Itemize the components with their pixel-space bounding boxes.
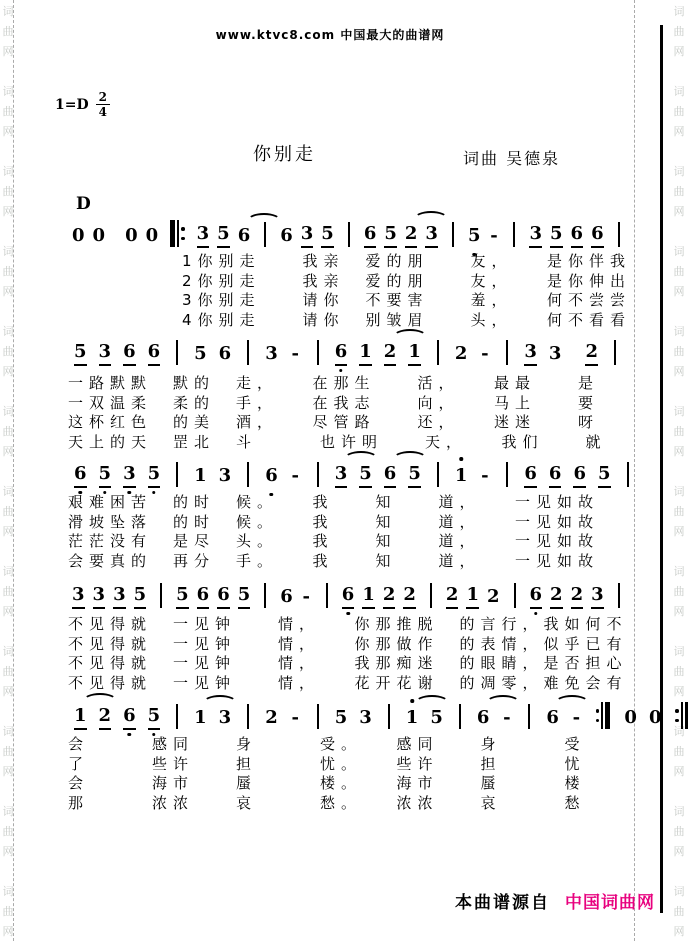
lyric-line: 4你别走 请你 别皱眉 头， 何不看看 bbox=[182, 311, 631, 331]
key-label: 1=D bbox=[55, 97, 89, 113]
lyric-line: 不见得就 一见钟 情， 花开花谢 的凋零，难免会有 bbox=[68, 674, 628, 694]
barline bbox=[514, 583, 516, 608]
lyrics-block-3: 艰难困苦 的时 候。 我 知 道， 一见如故滑坡坠落 的时 候。 我 知 道， … bbox=[68, 493, 599, 571]
note: 5 bbox=[359, 462, 372, 488]
note: 5 bbox=[430, 706, 443, 730]
barline bbox=[506, 462, 508, 487]
note: 2 bbox=[405, 222, 418, 248]
dashed-divider-left bbox=[13, 0, 14, 941]
duration-dash: - bbox=[290, 464, 301, 488]
note: 3 bbox=[123, 462, 136, 488]
barline bbox=[264, 583, 266, 608]
key-signature: 1=D 2 4 bbox=[55, 90, 110, 119]
lyric-line: 滑坡坠落 的时 候。 我 知 道， 一见如故 bbox=[68, 513, 599, 533]
note: 3 bbox=[265, 342, 278, 366]
note: 6 bbox=[571, 222, 584, 248]
barline bbox=[437, 340, 439, 365]
repeat-end-sign bbox=[596, 702, 611, 729]
barline bbox=[317, 340, 319, 365]
duration-dash: - bbox=[571, 706, 582, 730]
barline bbox=[452, 222, 454, 247]
barline bbox=[618, 222, 620, 247]
note: 1 bbox=[408, 340, 421, 366]
barline bbox=[247, 462, 249, 487]
note: 1 bbox=[406, 706, 419, 730]
note: 5 bbox=[468, 224, 481, 248]
barline bbox=[388, 704, 390, 729]
note: 6 bbox=[335, 340, 348, 366]
page-edge-line bbox=[660, 25, 663, 913]
barline bbox=[506, 340, 508, 365]
rest-note: 0 bbox=[649, 706, 662, 730]
barline bbox=[160, 583, 162, 608]
note: 6 bbox=[591, 222, 604, 248]
note: 6 bbox=[573, 462, 586, 488]
time-denominator: 4 bbox=[96, 105, 110, 119]
note: 6 bbox=[477, 706, 490, 730]
lyric-line: 不见得就 一见钟 情， 你那做作 的表情，似乎已有 bbox=[68, 635, 628, 655]
song-title: 你别走 bbox=[253, 140, 316, 166]
note: 2 bbox=[571, 583, 584, 609]
site-header-link[interactable]: www.ktvc8.com 中国最大的曲谱网 bbox=[0, 26, 660, 43]
note: 3 bbox=[549, 342, 562, 366]
time-numerator: 2 bbox=[96, 90, 110, 105]
note: 6 bbox=[549, 462, 562, 488]
note: 5 bbox=[238, 583, 251, 609]
barline bbox=[348, 222, 350, 247]
note: 6 bbox=[280, 585, 293, 609]
lyric-line: 2你别走 我亲 爱的朋 友， 是你伸出 bbox=[182, 272, 631, 292]
lyric-line: 天上的天 罡北 斗 也许明 天， 我们 就 bbox=[68, 433, 607, 453]
note: 1 bbox=[359, 340, 372, 366]
duration-dash: - bbox=[479, 464, 490, 488]
note: 3 bbox=[359, 706, 372, 730]
note: 3 bbox=[197, 222, 210, 248]
lyric-line: 会 海市 蜃 楼。 海市 蜃 楼 bbox=[68, 774, 586, 794]
music-system-5: 1265132-53156-6-00 bbox=[68, 700, 688, 730]
note: 2 bbox=[384, 340, 397, 366]
note: 2 bbox=[487, 585, 500, 609]
barline bbox=[176, 704, 178, 729]
barline bbox=[326, 583, 328, 608]
lyric-line: 1你别走 我亲 爱的朋 友， 是你伴我 bbox=[182, 252, 631, 272]
note: 6 bbox=[280, 224, 293, 248]
note: 5 bbox=[598, 462, 611, 488]
lyric-line: 一双温柔 柔的 手， 在我志 向， 马上 要 bbox=[68, 394, 607, 414]
note: 5 bbox=[335, 706, 348, 730]
note: 5 bbox=[408, 462, 421, 488]
note: 2 bbox=[383, 583, 396, 609]
rest-note: 0 bbox=[72, 224, 85, 248]
note: 5 bbox=[134, 583, 147, 609]
note: 2 bbox=[585, 340, 598, 366]
note: 6 bbox=[364, 222, 377, 248]
note: 6 bbox=[530, 583, 543, 609]
lyric-line: 了 些许 担 忧。 些许 担 忧 bbox=[68, 755, 586, 775]
note: 1 bbox=[466, 583, 479, 609]
note: 1 bbox=[194, 464, 207, 488]
note: 6 bbox=[148, 340, 161, 366]
duration-dash: - bbox=[290, 342, 301, 366]
note: 1 bbox=[455, 464, 468, 488]
lyric-line: 这杯红色 的美 酒， 尽管路 还， 迷迷 呀 bbox=[68, 413, 607, 433]
note: 1 bbox=[74, 704, 87, 730]
barline bbox=[437, 462, 439, 487]
duration-dash: - bbox=[488, 224, 499, 248]
barline bbox=[459, 704, 461, 729]
lyric-line: 会 感同 身 受。 感同 身 受 bbox=[68, 735, 586, 755]
note: 6 bbox=[217, 583, 230, 609]
note: 6 bbox=[524, 462, 537, 488]
note: 6 bbox=[219, 342, 232, 366]
note: 3 bbox=[99, 340, 112, 366]
note: 2 bbox=[446, 583, 459, 609]
note: 3 bbox=[93, 583, 106, 609]
lyric-line: 不见得就 一见钟 情， 我那痴迷 的眼睛，是否担心 bbox=[68, 654, 628, 674]
note: 3 bbox=[335, 462, 348, 488]
note: 6 bbox=[123, 340, 136, 366]
note: 6 bbox=[74, 462, 87, 488]
note: 3 bbox=[219, 464, 232, 488]
barline bbox=[176, 340, 178, 365]
barline bbox=[627, 462, 629, 487]
note: 5 bbox=[99, 462, 112, 488]
note: 1 bbox=[194, 706, 207, 730]
lyrics-block-2: 一路默默 默的 走， 在那生 活， 最最 是一双温柔 柔的 手， 在我志 向， … bbox=[68, 374, 607, 452]
note: 5 bbox=[176, 583, 189, 609]
note: 5 bbox=[321, 222, 334, 248]
note: 3 bbox=[72, 583, 85, 609]
lyrics-block-4: 不见得就 一见钟 情， 你那推脱 的言行，我如何不不见得就 一见钟 情， 你那做… bbox=[68, 615, 628, 693]
note: 3 bbox=[591, 583, 604, 609]
rest-note: 0 bbox=[125, 224, 138, 248]
note: 2 bbox=[403, 583, 416, 609]
note: 2 bbox=[265, 706, 278, 730]
lyric-line: 会要真的 再分 手。 我 知 道， 一见如故 bbox=[68, 552, 599, 572]
note: 6 bbox=[123, 704, 136, 730]
note: 2 bbox=[99, 704, 112, 730]
barline bbox=[247, 340, 249, 365]
lyric-line: 艰难困苦 的时 候。 我 知 道， 一见如故 bbox=[68, 493, 599, 513]
lyric-line: 那 浓浓 哀 愁。 浓浓 哀 愁 bbox=[68, 794, 586, 814]
barline bbox=[176, 462, 178, 487]
barline bbox=[513, 222, 515, 247]
note: 6 bbox=[265, 464, 278, 488]
lyric-line: 一路默默 默的 走， 在那生 活， 最最 是 bbox=[68, 374, 607, 394]
note: 5 bbox=[217, 222, 230, 248]
sheet-music-page: 词 曲 网 词 曲 网 词 曲 网 词 曲 网 词 曲 网 词 曲 网 词 曲 … bbox=[0, 0, 688, 941]
lyric-line: 不见得就 一见钟 情， 你那推脱 的言行，我如何不 bbox=[68, 615, 628, 635]
barline bbox=[317, 704, 319, 729]
note: 3 bbox=[524, 340, 537, 366]
lyric-line: 3你别走 请你 不要害 羞， 何不尝尝 bbox=[182, 291, 631, 311]
duration-dash: - bbox=[501, 706, 512, 730]
barline bbox=[618, 583, 620, 608]
note: 5 bbox=[550, 222, 563, 248]
lyric-line: 茫茫没有 是尽 头。 我 知 道， 一见如故 bbox=[68, 532, 599, 552]
music-system-1: 000035663565235-3566 bbox=[68, 218, 630, 248]
note: 6 bbox=[384, 462, 397, 488]
rest-note: 0 bbox=[146, 224, 159, 248]
barline bbox=[528, 704, 530, 729]
note: 3 bbox=[113, 583, 126, 609]
repeat-start-sign bbox=[170, 220, 185, 247]
lyrics-block-5: 会 感同 身 受。 感同 身 受了 些许 担 忧。 些许 担 忧会 海市 蜃 楼… bbox=[68, 735, 586, 813]
footer-source-label: 本曲谱源自 bbox=[455, 888, 550, 913]
note: 5 bbox=[148, 462, 161, 488]
footer-brand-link[interactable]: 中国词曲网 bbox=[565, 888, 655, 913]
note: 2 bbox=[455, 342, 468, 366]
composer-credit: 词曲 吴德泉 bbox=[463, 146, 560, 169]
duration-dash: - bbox=[479, 342, 490, 366]
barline bbox=[430, 583, 432, 608]
repeat-end-sign bbox=[675, 702, 688, 729]
note: 5 bbox=[148, 704, 161, 730]
note: 5 bbox=[194, 342, 207, 366]
note: 2 bbox=[550, 583, 563, 609]
watermark-right: 词 曲 网 词 曲 网 词 曲 网 词 曲 网 词 曲 网 词 曲 网 词 曲 … bbox=[672, 2, 686, 941]
note: 3 bbox=[529, 222, 542, 248]
duration-dash: - bbox=[290, 706, 301, 730]
barline bbox=[247, 704, 249, 729]
barline bbox=[614, 340, 616, 365]
music-system-4: 333556656-61222126223 bbox=[68, 579, 630, 609]
note: 3 bbox=[219, 706, 232, 730]
note: 6 bbox=[342, 583, 355, 609]
rest-note: 0 bbox=[93, 224, 106, 248]
lyrics-block-1: 1你别走 我亲 爱的朋 友， 是你伴我2你别走 我亲 爱的朋 友， 是你伸出3你… bbox=[182, 252, 631, 330]
note: 5 bbox=[74, 340, 87, 366]
note: 6 bbox=[238, 224, 251, 248]
time-signature: 2 4 bbox=[96, 90, 110, 119]
rest-note: 0 bbox=[624, 706, 637, 730]
music-system-3: 6535136-35651-6665 bbox=[68, 458, 639, 488]
note: 6 bbox=[546, 706, 559, 730]
note: 1 bbox=[362, 583, 375, 609]
note: 6 bbox=[197, 583, 210, 609]
chord-label: D bbox=[76, 194, 91, 214]
note: 3 bbox=[301, 222, 314, 248]
duration-dash: - bbox=[301, 585, 312, 609]
barline bbox=[317, 462, 319, 487]
note: 3 bbox=[425, 222, 438, 248]
music-system-2: 5366563-61212-332 bbox=[68, 336, 626, 366]
note: 5 bbox=[384, 222, 397, 248]
